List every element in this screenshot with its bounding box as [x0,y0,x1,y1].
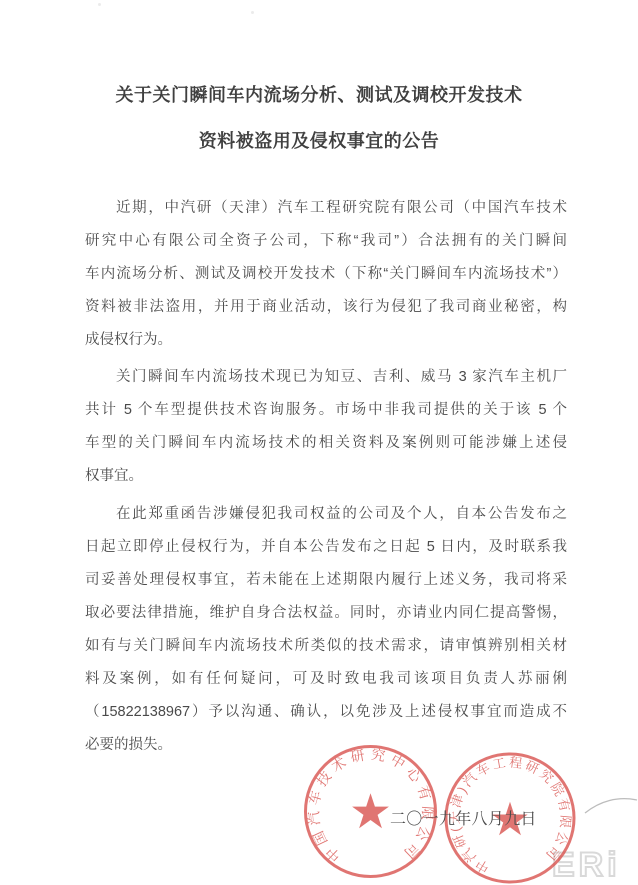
text-line: 司妥善处理侵权事宜，若未能在上述期限内履行上述义务，我司将采 [85,564,567,597]
text-line: 如有与关门瞬间车内流场技术所类似的技术需求，请审慎辨别相关材 [85,630,567,663]
text-line: 料及案例，如有任何疑问，可及时致电我司该项目负责人苏丽俐 [85,663,567,696]
text-line: 车型的关门瞬间车内流场技术的相关资料及案例则可能涉嫌上述侵 [85,427,567,460]
text-line: 成侵权行为。 [85,324,567,357]
announcement-document: 关于关门瞬间车内流场分析、测试及调校开发技术 资料被盗用及侵权事宜的公告 近期，… [0,0,638,885]
text-line: （15822138967）予以沟通、确认，以免涉及上述侵权事宜而造成不 [85,696,567,729]
text-line: 关门瞬间车内流场技术现已为知豆、吉利、威马 3 家汽车主机厂 [85,361,567,394]
document-title-line-2: 资料被盗用及侵权事宜的公告 [0,127,638,153]
paragraph-1: 近期，中汽研（天津）汽车工程研究院有限公司（中国汽车技术 研究中心有限公司全资子… [85,192,567,357]
paragraph-3: 在此郑重函告涉嫌侵犯我司权益的公司及个人，自本公告发布之 日起立即停止侵权行为，… [85,498,567,762]
text-line: 权事宜。 [85,460,567,493]
text-line: 近期，中汽研（天津）汽车工程研究院有限公司（中国汽车技术 [85,192,567,225]
text-line: 在此郑重函告涉嫌侵犯我司权益的公司及个人，自本公告发布之 [85,498,567,531]
text-line: 取必要法律措施，维护自身合法权益。同时，亦请业内同仁提高警惕， [85,597,567,630]
text-line: 日起立即停止侵权行为，并自本公告发布之日起 5 日内，及时联系我 [85,531,567,564]
document-date: 二〇一九年八月九日 [390,806,537,829]
scan-artifact-line [580,790,638,820]
text-line: 资料被非法盗用，并用于商业活动，该行为侵犯了我司商业秘密，构 [85,291,567,324]
star-icon: ★ [349,786,392,839]
text-line: 共计 5 个车型提供技术咨询服务。市场中非我司提供的关于该 5 个 [85,394,567,427]
paragraph-2: 关门瞬间车内流场技术现已为知豆、吉利、威马 3 家汽车主机厂 共计 5 个车型提… [85,361,567,493]
text-line: 研究中心有限公司全资子公司，下称“我司”）合法拥有的关门瞬间 [85,225,567,258]
document-title-line-1: 关于关门瞬间车内流场分析、测试及调校开发技术 [0,81,638,107]
scan-speck [98,3,101,6]
artifact-stroke [585,799,637,813]
scan-speck [251,11,254,14]
text-line: 车内流场分析、测试及调校开发技术（下称“关门瞬间车内流场技术”） [85,258,567,291]
